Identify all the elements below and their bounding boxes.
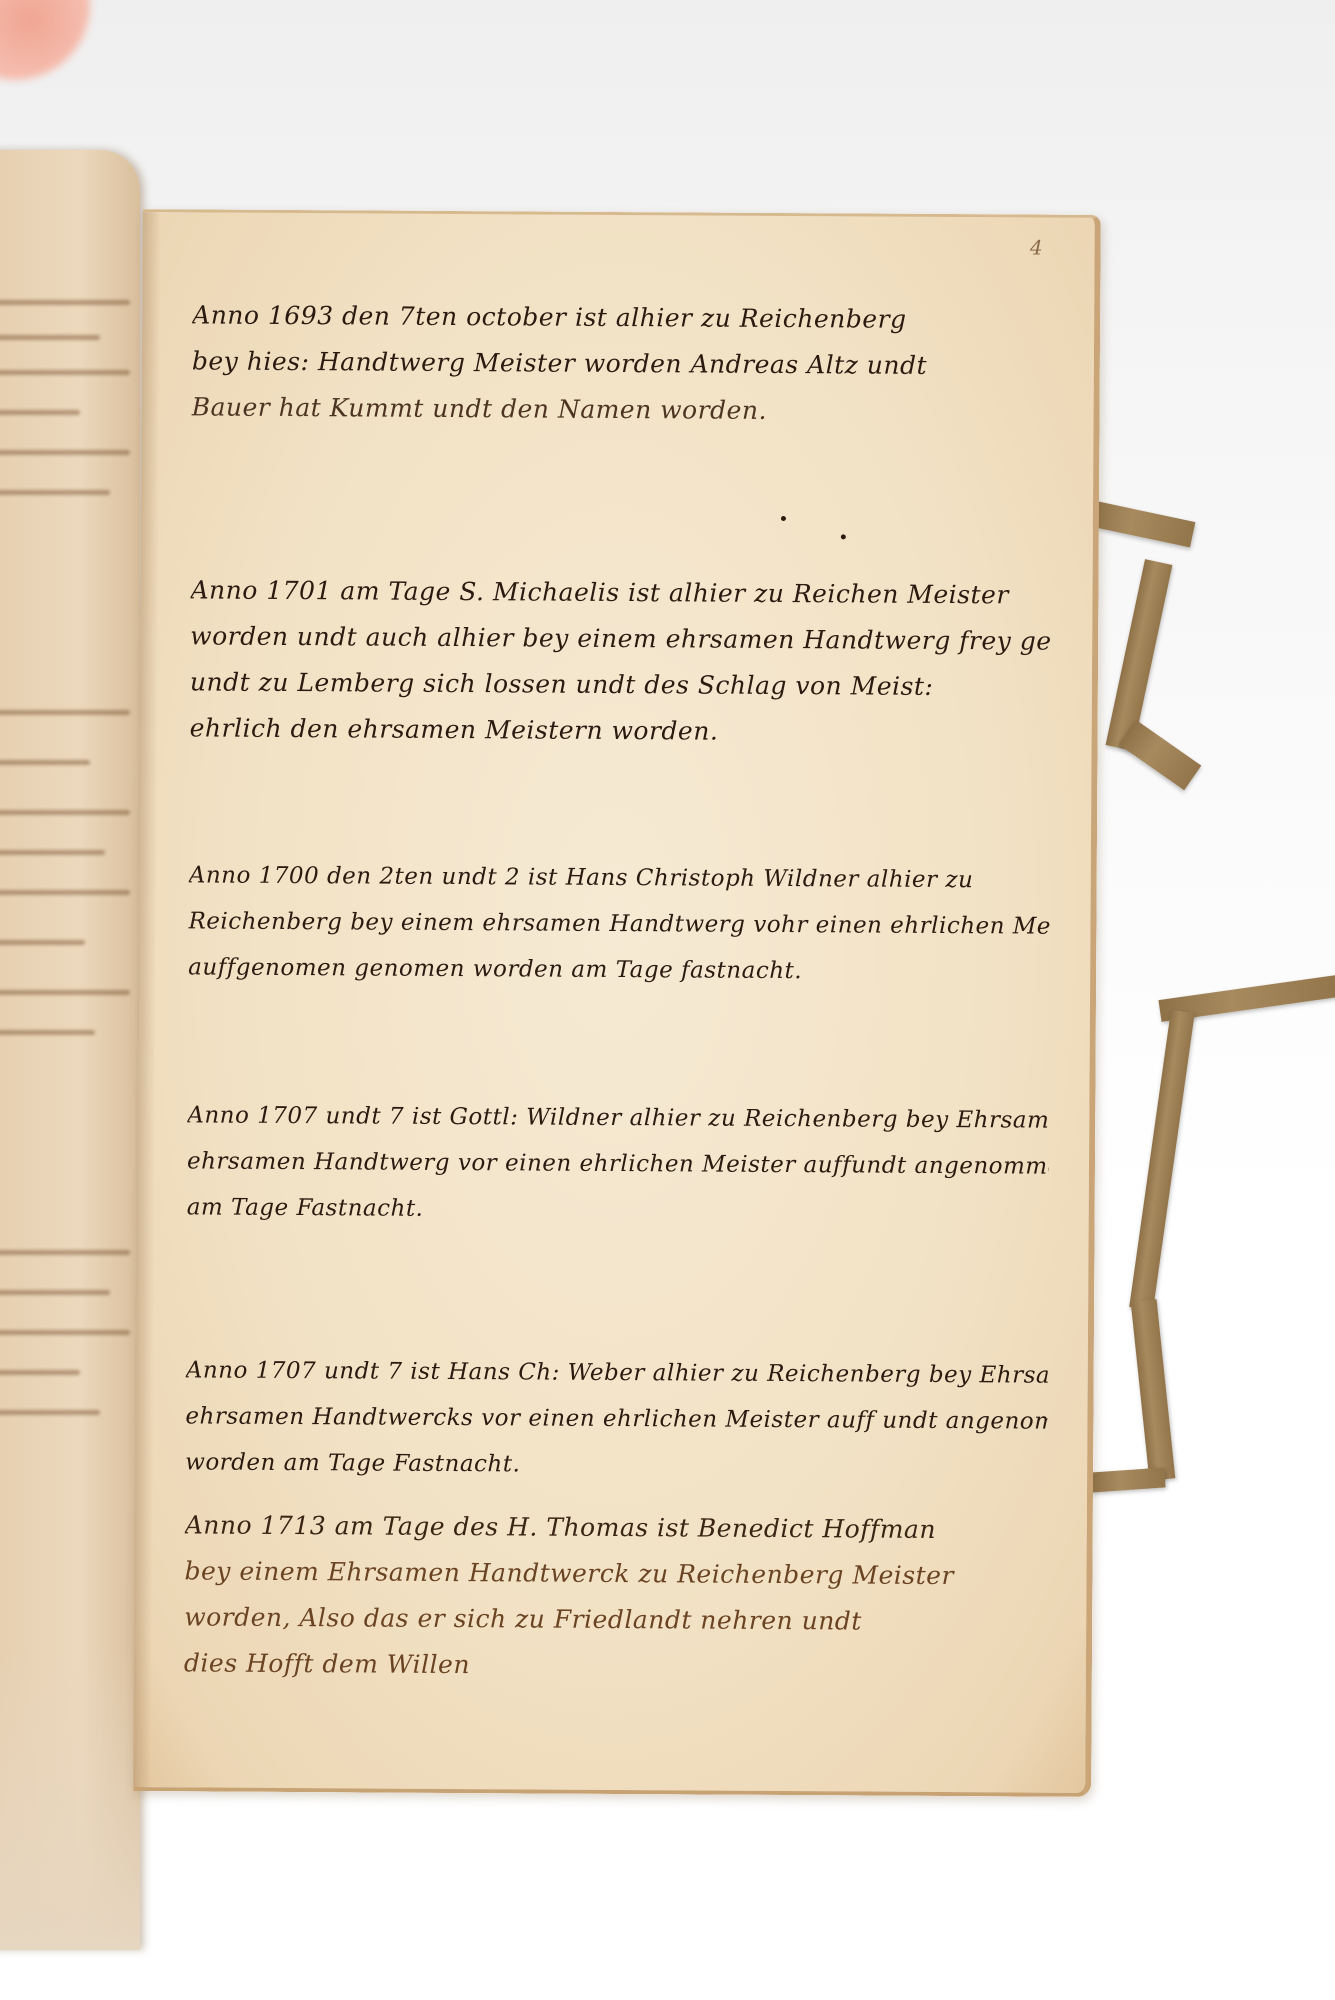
ribbon-tie-lower-bottom	[1131, 1299, 1176, 1481]
left-page-ink-line	[0, 1030, 95, 1035]
left-page-ink-line	[0, 850, 105, 855]
left-page-ink-line	[0, 990, 130, 995]
entry-line: auffgenomen genomen worden am Tage fastn…	[188, 944, 1050, 995]
left-page-ink-line	[0, 370, 130, 375]
entry-line: bey hies: Handtwerg Meister worden Andre…	[192, 338, 1054, 389]
blurred-finger	[0, 0, 90, 80]
entry-line: ehrlich den ehrsamen Meistern worden.	[190, 705, 1052, 756]
entry-line: Anno 1707 undt 7 ist Hans Ch: Weber alhi…	[186, 1347, 1048, 1398]
entry-line: Reichenberg bey einem ehrsamen Handtwerg…	[188, 898, 1050, 949]
entry-line: Anno 1693 den 7ten october ist alhier zu…	[192, 292, 1054, 343]
left-page-ink-line	[0, 450, 130, 455]
left-page-curled	[0, 150, 140, 1950]
left-page-ink-line	[0, 1410, 100, 1415]
entry-line: bey einem Ehrsamen Handtwerck zu Reichen…	[184, 1548, 1046, 1599]
ribbon-tie-upper	[1087, 500, 1195, 547]
right-page: 4 Anno 1693 den 7ten october ist alhier …	[133, 209, 1101, 1797]
register-entry-1700: Anno 1700 den 2ten undt 2 ist Hans Chris…	[188, 852, 1051, 995]
register-entry-1707-wildner: Anno 1707 undt 7 ist Gottl: Wildner alhi…	[187, 1092, 1050, 1235]
left-page-ink-line	[0, 760, 90, 765]
entry-line: worden undt auch alhier bey einem ehrsam…	[190, 613, 1052, 664]
ink-dot	[841, 534, 846, 539]
entry-line: worden am Tage Fastnacht.	[185, 1439, 1047, 1490]
entry-line: Anno 1701 am Tage S. Michaelis ist alhie…	[190, 567, 1052, 618]
ink-dot	[781, 516, 786, 521]
entry-line: dies Hofft dem Willen	[184, 1640, 1046, 1691]
page-number: 4	[1030, 236, 1043, 260]
register-entry-1701: Anno 1701 am Tage S. Michaelis ist alhie…	[190, 567, 1053, 756]
left-page-ink-line	[0, 810, 130, 815]
left-page-ink-line	[0, 410, 80, 415]
entry-line: Anno 1707 undt 7 ist Gottl: Wildner alhi…	[187, 1092, 1049, 1143]
ribbon-tie-upper-end	[1119, 720, 1202, 790]
ribbon-tie-lower-loop	[1129, 1010, 1195, 1310]
left-page-ink-line	[0, 300, 130, 305]
entry-line: Bauer hat Kummt undt den Namen worden.	[191, 384, 1053, 435]
register-entry-1707-weber: Anno 1707 undt 7 ist Hans Ch: Weber alhi…	[185, 1347, 1048, 1490]
entry-line: ehrsamen Handtwercks vor einen ehrlichen…	[185, 1393, 1047, 1444]
left-page-ink-line	[0, 1370, 80, 1375]
entry-line: undt zu Lemberg sich lossen undt des Sch…	[190, 659, 1052, 710]
entry-line: ehrsamen Handtwerg vor einen ehrlichen M…	[187, 1138, 1049, 1189]
left-page-ink-line	[0, 1290, 110, 1295]
ribbon-tie-lower-attach	[1089, 1467, 1165, 1492]
entry-line: Anno 1713 am Tage des H. Thomas ist Bene…	[185, 1502, 1047, 1553]
entry-line: worden, Also das er sich zu Friedlandt n…	[184, 1594, 1046, 1645]
left-page-ink-line	[0, 335, 100, 340]
left-page-ink-line	[0, 1330, 130, 1335]
register-entry-1693: Anno 1693 den 7ten october ist alhier zu…	[191, 292, 1054, 435]
left-page-ink-line	[0, 940, 85, 945]
left-page-ink-line	[0, 710, 130, 715]
left-page-ink-line	[0, 1250, 130, 1255]
left-page-ink-line	[0, 890, 130, 895]
register-entry-1713: Anno 1713 am Tage des H. Thomas ist Bene…	[184, 1502, 1047, 1691]
entry-line: am Tage Fastnacht.	[187, 1184, 1049, 1235]
entry-line: Anno 1700 den 2ten undt 2 ist Hans Chris…	[189, 852, 1051, 903]
left-page-ink-line	[0, 490, 110, 495]
left-page-shadow	[0, 1650, 140, 1950]
